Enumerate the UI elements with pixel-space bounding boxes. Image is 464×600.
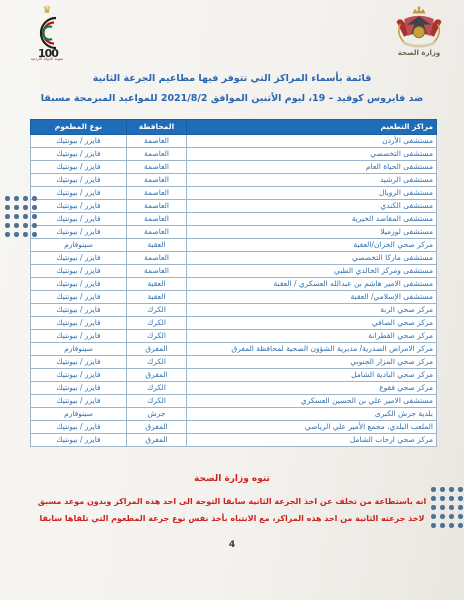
- vaccine-cell: فايزر / بيونتيك: [31, 226, 127, 239]
- dot: [23, 205, 28, 210]
- dot: [449, 514, 454, 519]
- vaccination-centers-table: مراكز التطعيم المحافظة نوع المطعوم مستشف…: [30, 119, 437, 447]
- governorate-cell: العقبة: [127, 239, 187, 252]
- vaccine-cell: سينوفارم: [31, 343, 127, 356]
- document-page: ♛ 100 مئوية الدولة الأردنية وزارة الصحة: [0, 0, 464, 600]
- dot: [449, 523, 454, 528]
- center-cell: مستشفى التخصصي: [187, 148, 437, 161]
- governorate-cell: العقبة: [127, 291, 187, 304]
- dot: [5, 205, 10, 210]
- dot: [5, 196, 10, 201]
- center-cell: مستشفى الامير علي بن الحسين العسكري: [187, 395, 437, 408]
- center-cell: مستشفى الامير هاشم بن عبدالله العسكري / …: [187, 278, 437, 291]
- vaccine-cell: فايزر / بيونتيك: [31, 200, 127, 213]
- ministry-name: وزارة الصحة: [390, 49, 448, 57]
- table-row: مستشفى الحياة العامالعاصمةفايزر / بيونتي…: [31, 161, 437, 174]
- dot: [14, 196, 19, 201]
- dot: [32, 223, 37, 228]
- vaccine-cell: فايزر / بيونتيك: [31, 278, 127, 291]
- vaccine-cell: فايزر / بيونتيك: [31, 291, 127, 304]
- center-cell: مستشفى الكندي: [187, 200, 437, 213]
- column-header-governorate: المحافظة: [127, 120, 187, 135]
- dot: [14, 232, 19, 237]
- decorative-dots-left: [5, 196, 37, 237]
- notice-heading: تنوه وزارة الصحة: [0, 474, 464, 484]
- vaccine-cell: فايزر / بيونتيك: [31, 421, 127, 434]
- governorate-cell: العاصمة: [127, 226, 187, 239]
- table-row: مركز صحي ارحاب الشاملالمفرقفايزر / بيونت…: [31, 434, 437, 447]
- dot: [458, 487, 463, 492]
- governorate-cell: المفرق: [127, 421, 187, 434]
- vaccine-cell: فايزر / بيونتيك: [31, 265, 127, 278]
- governorate-cell: المفرق: [127, 369, 187, 382]
- vaccine-cell: فايزر / بيونتيك: [31, 395, 127, 408]
- vaccine-cell: فايزر / بيونتيك: [31, 135, 127, 148]
- governorate-cell: العاصمة: [127, 161, 187, 174]
- centennial-number: 100: [38, 47, 58, 60]
- table-row: مركز صحي القطرانةالكركفايزر / بيونتيك: [31, 330, 437, 343]
- dot: [23, 232, 28, 237]
- table-row: مستشفى التخصصيالعاصمةفايزر / بيونتيك: [31, 148, 437, 161]
- table-row: مركز صحي فقوعالكركفايزر / بيونتيك: [31, 382, 437, 395]
- centennial-rings-icon: 100: [25, 36, 69, 55]
- dot: [32, 214, 37, 219]
- center-cell: مستشفى الإسلامي/ العقبة: [187, 291, 437, 304]
- table-row: مستشفى الإسلامي/ العقبةالعقبةفايزر / بيو…: [31, 291, 437, 304]
- dot: [458, 514, 463, 519]
- column-header-centers: مراكز التطعيم: [187, 120, 437, 135]
- center-cell: مستشفى الرويال: [187, 187, 437, 200]
- vaccine-cell: فايزر / بيونتيك: [31, 330, 127, 343]
- table-row: مركز صحي المزار الجنوبيالكركفايزر / بيون…: [31, 356, 437, 369]
- center-cell: بلدية جرش الكبرى: [187, 408, 437, 421]
- table-row: مستشفى الكنديالعاصمةفايزر / بيونتيك: [31, 200, 437, 213]
- governorate-cell: العاصمة: [127, 135, 187, 148]
- vaccine-cell: فايزر / بيونتيك: [31, 161, 127, 174]
- center-cell: مركز صحي القطرانة: [187, 330, 437, 343]
- governorate-cell: الكرك: [127, 317, 187, 330]
- dot: [23, 196, 28, 201]
- crown-icon: ♛: [14, 6, 80, 15]
- vaccine-cell: فايزر / بيونتيك: [31, 382, 127, 395]
- dot: [449, 496, 454, 501]
- center-cell: مركز الامراض الصدرية/ مديرية الشؤون الصح…: [187, 343, 437, 356]
- notice-line1: انه باستطاعة من تخلف عن اخذ الجرعة الثان…: [22, 493, 442, 510]
- page-number: 4: [0, 540, 464, 550]
- dot: [32, 196, 37, 201]
- vaccine-cell: فايزر / بيونتيك: [31, 148, 127, 161]
- table-row: مستشفى لوزميلاالعاصمةفايزر / بيونتيك: [31, 226, 437, 239]
- governorate-cell: العاصمة: [127, 252, 187, 265]
- governorate-cell: العاصمة: [127, 187, 187, 200]
- governorate-cell: الكرك: [127, 395, 187, 408]
- center-cell: مركز صحي ارحاب الشامل: [187, 434, 437, 447]
- governorate-cell: الكرك: [127, 356, 187, 369]
- center-cell: مستشفى الأردن: [187, 135, 437, 148]
- governorate-cell: الكرك: [127, 304, 187, 317]
- dot: [5, 223, 10, 228]
- vaccine-cell: فايزر / بيونتيك: [31, 356, 127, 369]
- table-row: مركز الامراض الصدرية/ مديرية الشؤون الصح…: [31, 343, 437, 356]
- center-cell: مركز صحي فقوع: [187, 382, 437, 395]
- center-cell: مستشفى المقاصد الخيرية: [187, 213, 437, 226]
- table-row: مركز صحي الخزان/العقبةالعقبةسينوفارم: [31, 239, 437, 252]
- dot: [458, 505, 463, 510]
- vaccine-cell: فايزر / بيونتيك: [31, 317, 127, 330]
- table-header-row: مراكز التطعيم المحافظة نوع المطعوم: [31, 120, 437, 135]
- table-row: مستشفى الرويالالعاصمةفايزر / بيونتيك: [31, 187, 437, 200]
- dot: [440, 487, 445, 492]
- center-cell: الملعب البلدي. مجمع الأمير علي الرياضي: [187, 421, 437, 434]
- table-row: مركز صحي الصافيالكركفايزر / بيونتيك: [31, 317, 437, 330]
- document-title-line2: ضد فايروس كوفيد – 19، ليوم الأثنين الموا…: [0, 93, 464, 104]
- table-row: مستشفى الرشيدالعاصمةفايزر / بيونتيك: [31, 174, 437, 187]
- dot: [449, 505, 454, 510]
- center-cell: مركز صحي البادية الشامل: [187, 369, 437, 382]
- notice-line2: لاخذ جرعته الثانية من احد هذه المراكز، م…: [22, 510, 442, 527]
- table-row: مركز صحي البادية الشاملالمفرقفايزر / بيو…: [31, 369, 437, 382]
- table-row: بلدية جرش الكبرىجرشسينوفارم: [31, 408, 437, 421]
- vaccine-cell: سينوفارم: [31, 239, 127, 252]
- centennial-logo: ♛ 100 مئوية الدولة الأردنية: [14, 6, 80, 66]
- dot: [14, 223, 19, 228]
- governorate-cell: العاصمة: [127, 200, 187, 213]
- center-cell: مركز صحي الخزان/العقبة: [187, 239, 437, 252]
- dot: [32, 232, 37, 237]
- dot: [458, 496, 463, 501]
- dot: [458, 523, 463, 528]
- dot: [23, 223, 28, 228]
- governorate-cell: المفرق: [127, 343, 187, 356]
- center-cell: مستشفى ومركز الخالدي الطبي: [187, 265, 437, 278]
- notice-body: انه باستطاعة من تخلف عن اخذ الجرعة الثان…: [22, 493, 442, 527]
- center-cell: مركز صحي الصافي: [187, 317, 437, 330]
- center-cell: مستشفى ماركا التخصصي: [187, 252, 437, 265]
- dot: [14, 205, 19, 210]
- governorate-cell: العقبة: [127, 278, 187, 291]
- governorate-cell: الكرك: [127, 330, 187, 343]
- document-title-line1: قائمة بأسماء المراكز التي تتوفر فيها مطا…: [0, 73, 464, 84]
- table-row: مستشفى الامير علي بن الحسين العسكريالكرك…: [31, 395, 437, 408]
- table-row: مركز صحي الربةالكركفايزر / بيونتيك: [31, 304, 437, 317]
- center-cell: مستشفى الرشيد: [187, 174, 437, 187]
- vaccine-cell: فايزر / بيونتيك: [31, 304, 127, 317]
- table-row: مستشفى ومركز الخالدي الطبيالعاصمةفايزر /…: [31, 265, 437, 278]
- vaccine-cell: فايزر / بيونتيك: [31, 187, 127, 200]
- vaccine-cell: فايزر / بيونتيك: [31, 174, 127, 187]
- dot: [14, 214, 19, 219]
- coat-of-arms-icon: [391, 5, 447, 49]
- center-cell: مركز صحي الربة: [187, 304, 437, 317]
- dot: [449, 487, 454, 492]
- vaccine-cell: فايزر / بيونتيك: [31, 213, 127, 226]
- table-row: الملعب البلدي. مجمع الأمير علي الرياضيال…: [31, 421, 437, 434]
- governorate-cell: الكرك: [127, 382, 187, 395]
- dot: [5, 232, 10, 237]
- vaccine-cell: فايزر / بيونتيك: [31, 369, 127, 382]
- governorate-cell: العاصمة: [127, 213, 187, 226]
- vaccine-cell: فايزر / بيونتيك: [31, 434, 127, 447]
- governorate-cell: العاصمة: [127, 265, 187, 278]
- table-row: مستشفى ماركا التخصصيالعاصمةفايزر / بيونت…: [31, 252, 437, 265]
- governorate-cell: العاصمة: [127, 174, 187, 187]
- dot: [23, 214, 28, 219]
- governorate-cell: العاصمة: [127, 148, 187, 161]
- table-row: مستشفى الأردنالعاصمةفايزر / بيونتيك: [31, 135, 437, 148]
- vaccine-cell: سينوفارم: [31, 408, 127, 421]
- column-header-vaccine-type: نوع المطعوم: [31, 120, 127, 135]
- vaccine-cell: فايزر / بيونتيك: [31, 252, 127, 265]
- governorate-cell: المفرق: [127, 434, 187, 447]
- table-row: مستشفى المقاصد الخيريةالعاصمةفايزر / بيو…: [31, 213, 437, 226]
- dot: [5, 214, 10, 219]
- dot: [431, 487, 436, 492]
- vaccine-table-body: مستشفى الأردنالعاصمةفايزر / بيونتيكمستشف…: [31, 135, 437, 447]
- dot: [32, 205, 37, 210]
- center-cell: مستشفى لوزميلا: [187, 226, 437, 239]
- center-cell: مركز صحي المزار الجنوبي: [187, 356, 437, 369]
- governorate-cell: جرش: [127, 408, 187, 421]
- table-row: مستشفى الامير هاشم بن عبدالله العسكري / …: [31, 278, 437, 291]
- ministry-emblem: وزارة الصحة: [390, 5, 448, 65]
- center-cell: مستشفى الحياة العام: [187, 161, 437, 174]
